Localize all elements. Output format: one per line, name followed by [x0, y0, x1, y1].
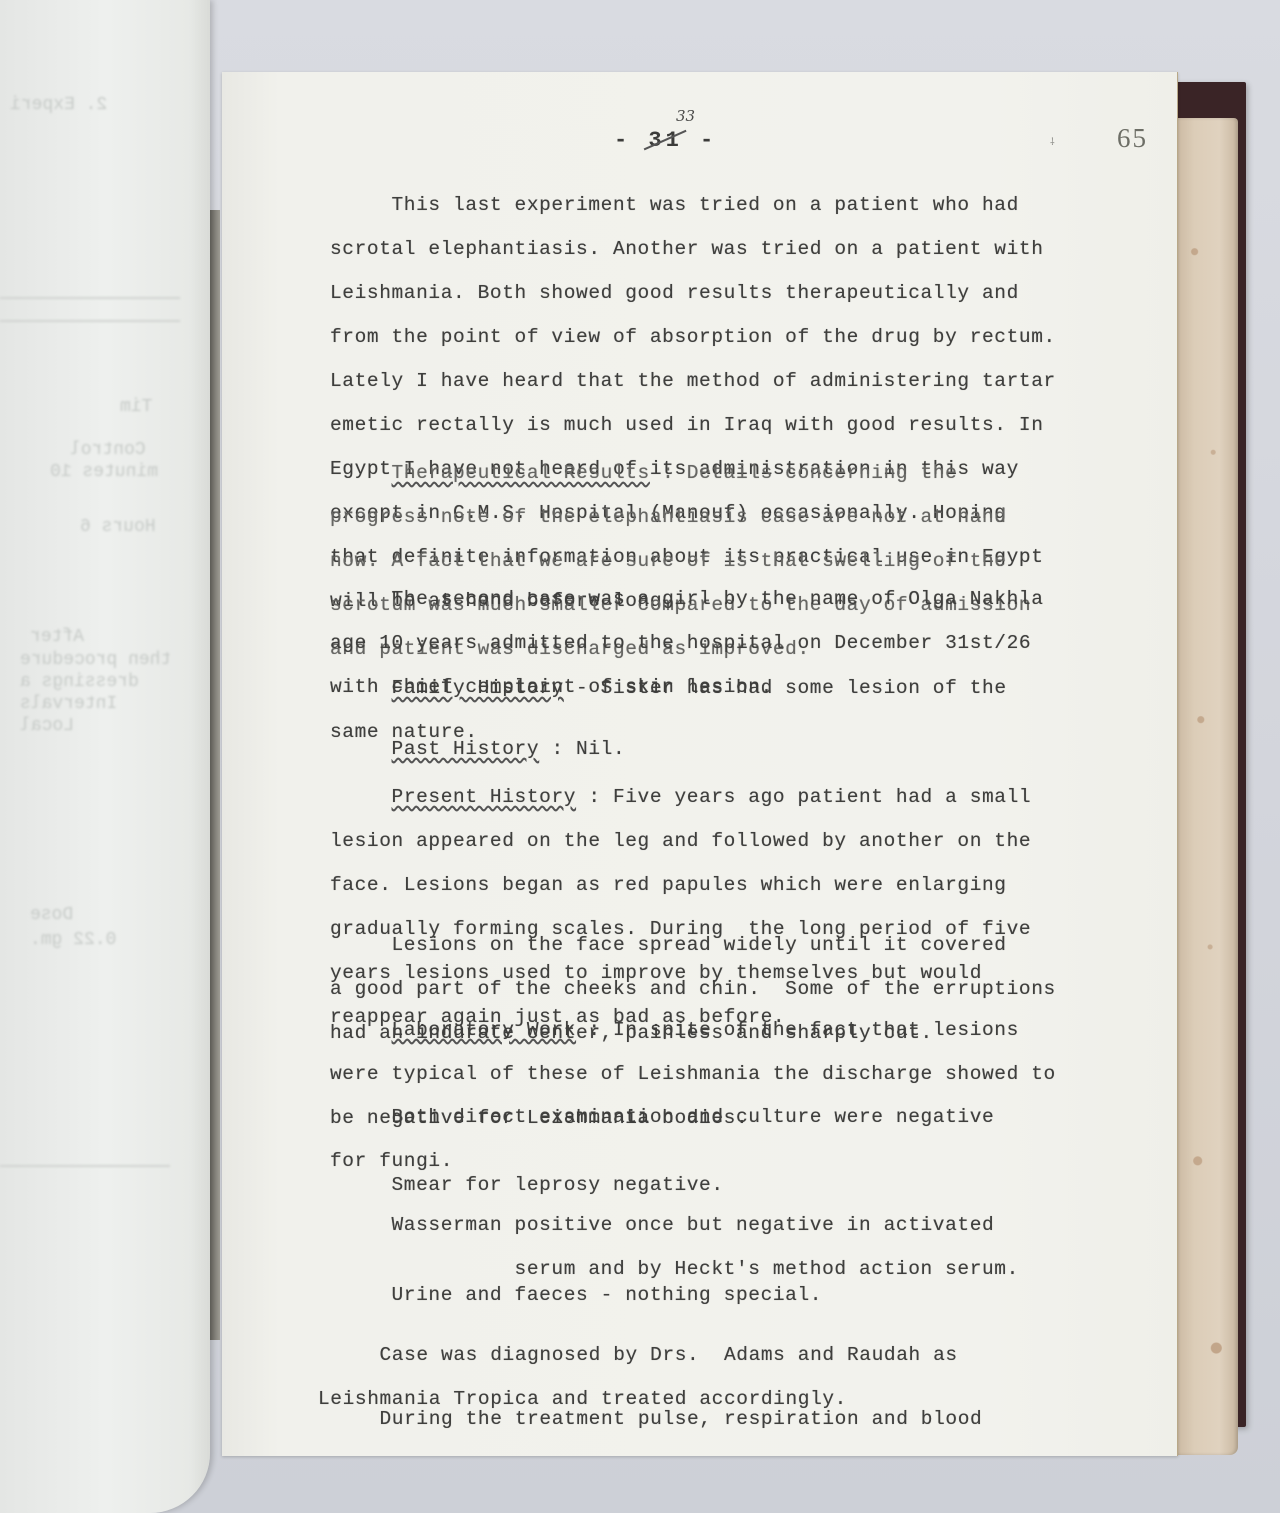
- section-heading: Family History: [392, 677, 564, 699]
- folio-stamp: 65: [1117, 123, 1148, 154]
- show-through-text: 2. Experi: [10, 95, 107, 115]
- show-through-text: Tim: [120, 397, 152, 417]
- text-line: Lesions on the face spread widely until …: [330, 934, 1056, 956]
- text-line: lesion appeared on the leg and followed …: [330, 830, 1031, 852]
- text-line: were typical of these of Leishmania the …: [330, 1063, 1056, 1085]
- pencil-mark: ⸸: [1050, 134, 1055, 149]
- show-through-text: 0.22 gm.: [30, 930, 116, 950]
- text-line: Case was diagnosed by Drs. Adams and Rau…: [318, 1344, 958, 1366]
- section-heading: Laboratory Work: [392, 1019, 577, 1041]
- show-through-text: Dose: [30, 905, 73, 925]
- text-line: Laboratory Work : In spite of the fact t…: [330, 1019, 1056, 1041]
- text-line: Past History : Nil.: [330, 738, 625, 760]
- text-line: from the point of view of absorption of …: [330, 326, 1056, 348]
- text-line: emetic rectally is much used in Iraq wit…: [330, 414, 1056, 436]
- text-line: progress note of the elephantiasis case …: [330, 506, 1031, 528]
- paragraph-treatment: During the treatment pulse, respiration …: [318, 1386, 982, 1452]
- text-line: Present History : Five years ago patient…: [330, 786, 1031, 808]
- section-heading: Past History: [392, 738, 540, 760]
- show-through-text: then procedure: [20, 650, 171, 670]
- show-through-text: minutes 10: [50, 462, 158, 482]
- section-heading: Present History: [392, 786, 577, 808]
- text-line: Therapeutical Results : Details concerni…: [330, 462, 1031, 484]
- text-line: Leishmania. Both showed good results the…: [330, 282, 1056, 304]
- struck-page-number: 31: [648, 128, 682, 153]
- show-through-text: dressings a: [20, 672, 139, 692]
- show-through-rule: [0, 297, 180, 299]
- show-through-text: Hours 6: [80, 517, 156, 537]
- text-line: face. Lesions began as red papules which…: [330, 874, 1031, 896]
- show-through-text: Intervals: [20, 694, 117, 714]
- show-through-text: Local: [20, 716, 74, 736]
- text-line: This last experiment was tried on a pati…: [330, 194, 1056, 216]
- text-line: Family History - Sister has had some les…: [330, 677, 1007, 699]
- text-line: Urine and faeces - nothing special.: [330, 1284, 822, 1306]
- text-line: Wasserman positive once but negative in …: [330, 1214, 1019, 1236]
- text-line: The second case was a girl by the name o…: [330, 588, 1044, 610]
- text-line: scrotal elephantiasis. Another was tried…: [330, 238, 1056, 260]
- curled-left-page: 2. Experi Tim Control minutes 10 Hours 6…: [0, 0, 210, 1513]
- show-through-text: Control: [70, 440, 146, 460]
- handwritten-page-correction: 33: [676, 107, 695, 125]
- typed-page-number: - 31 -: [614, 128, 717, 153]
- text-line: age 10 years admitted to the hospital on…: [330, 632, 1044, 654]
- text-line: Lately I have heard that the method of a…: [330, 370, 1056, 392]
- stained-page-edges: [1176, 118, 1238, 1455]
- paragraph-urine-faeces: Urine and faeces - nothing special.: [330, 1262, 822, 1328]
- text-line: During the treatment pulse, respiration …: [318, 1408, 982, 1430]
- text-line: Both direct examination and culture were…: [330, 1106, 994, 1128]
- show-through-rule: [0, 1165, 170, 1167]
- show-through-text: After: [30, 627, 84, 647]
- show-through-rule: [0, 320, 180, 322]
- section-heading: Therapeutical Results: [392, 462, 650, 484]
